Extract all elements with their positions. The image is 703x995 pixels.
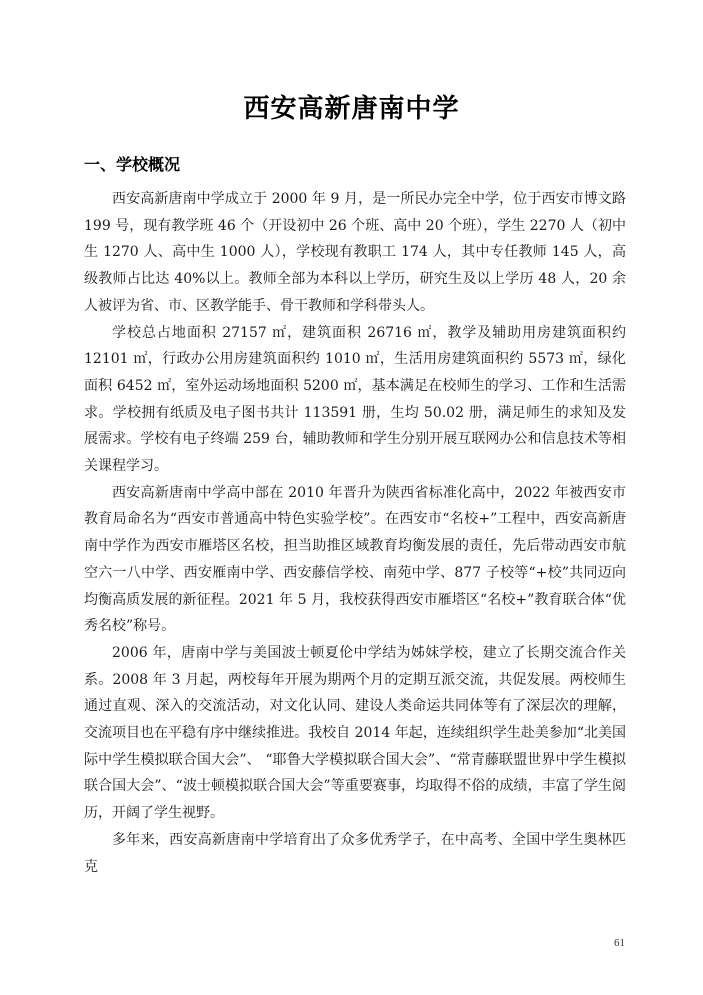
paragraph-exchange: 2006 年，唐南中学与美国波士顿夏伦中学结为姊妹学校，建立了长期交流合作关系。… — [84, 640, 626, 827]
page-title: 西安高新唐南中学 — [0, 88, 703, 125]
document-page: 西安高新唐南中学 一、学校概况 西安高新唐南中学成立于 2000 年 9 月，是… — [0, 0, 703, 995]
paragraph-overview: 西安高新唐南中学成立于 2000 年 9 月，是一所民办完全中学，位于西安市博文… — [84, 186, 626, 320]
paragraph-facilities: 学校总占地面积 27157 ㎡，建筑面积 26716 ㎡，教学及辅助用房建筑面积… — [84, 320, 626, 480]
paragraph-achievements: 多年来，西安高新唐南中学培育出了众多优秀学子，在中高考、全国中学生奥林匹克 — [84, 827, 626, 880]
section-heading: 一、学校概况 — [84, 152, 180, 175]
paragraph-honors: 西安高新唐南中学高中部在 2010 年晋升为陕西省标准化高中，2022 年被西安… — [84, 480, 626, 640]
body-text: 西安高新唐南中学成立于 2000 年 9 月，是一所民办完全中学，位于西安市博文… — [84, 186, 626, 880]
page-number: 61 — [614, 937, 625, 949]
